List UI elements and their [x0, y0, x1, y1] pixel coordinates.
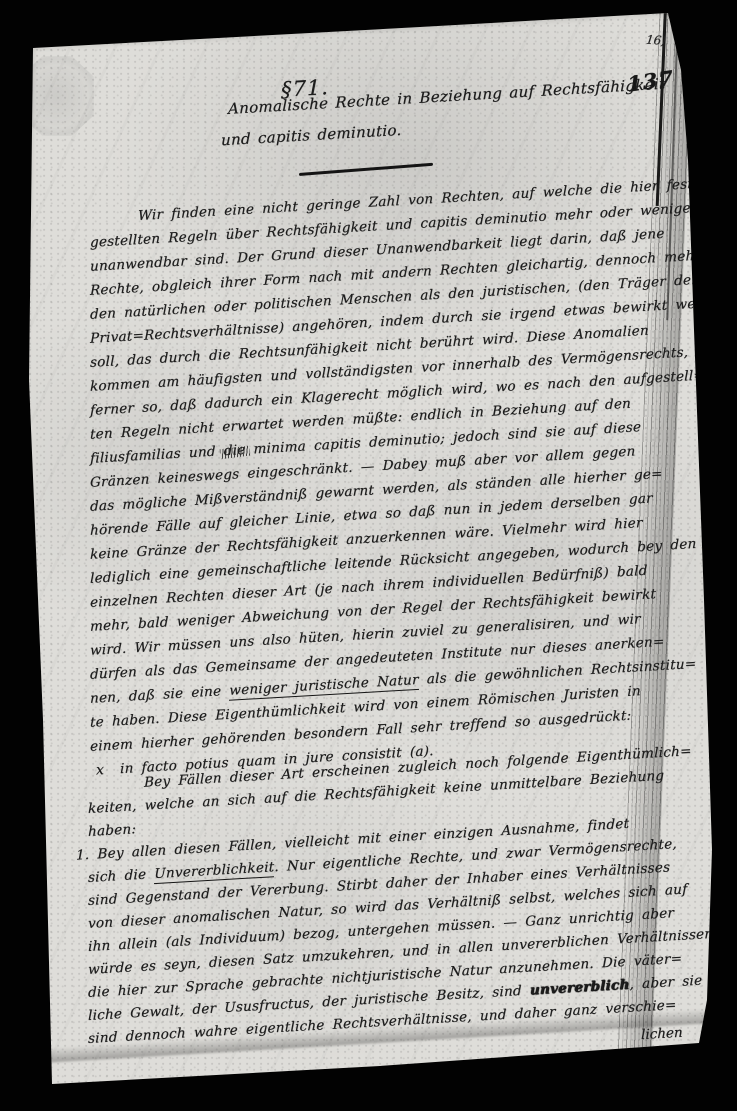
- paragraph-block-1: Wir finden eine nicht geringe Zahl von R…: [90, 172, 690, 783]
- handwriting-layer: 16) 137 §71. Anomalische Rechte in Bezie…: [0, 0, 737, 1111]
- catchword: lichen: [641, 1025, 683, 1043]
- manuscript-page: 16) 137 §71. Anomalische Rechte in Bezie…: [0, 0, 737, 1111]
- overwritten-word: unvererblich: [530, 977, 630, 999]
- title-line-2: und capitis deminutio.: [221, 121, 402, 149]
- scan-background: 16) 137 §71. Anomalische Rechte in Bezie…: [0, 0, 737, 1111]
- title-underline: [299, 163, 433, 176]
- corner-note: 16): [645, 33, 667, 48]
- paragraph-block-2: Bey Fällen dieser Art erscheinen zugleic…: [88, 740, 690, 1051]
